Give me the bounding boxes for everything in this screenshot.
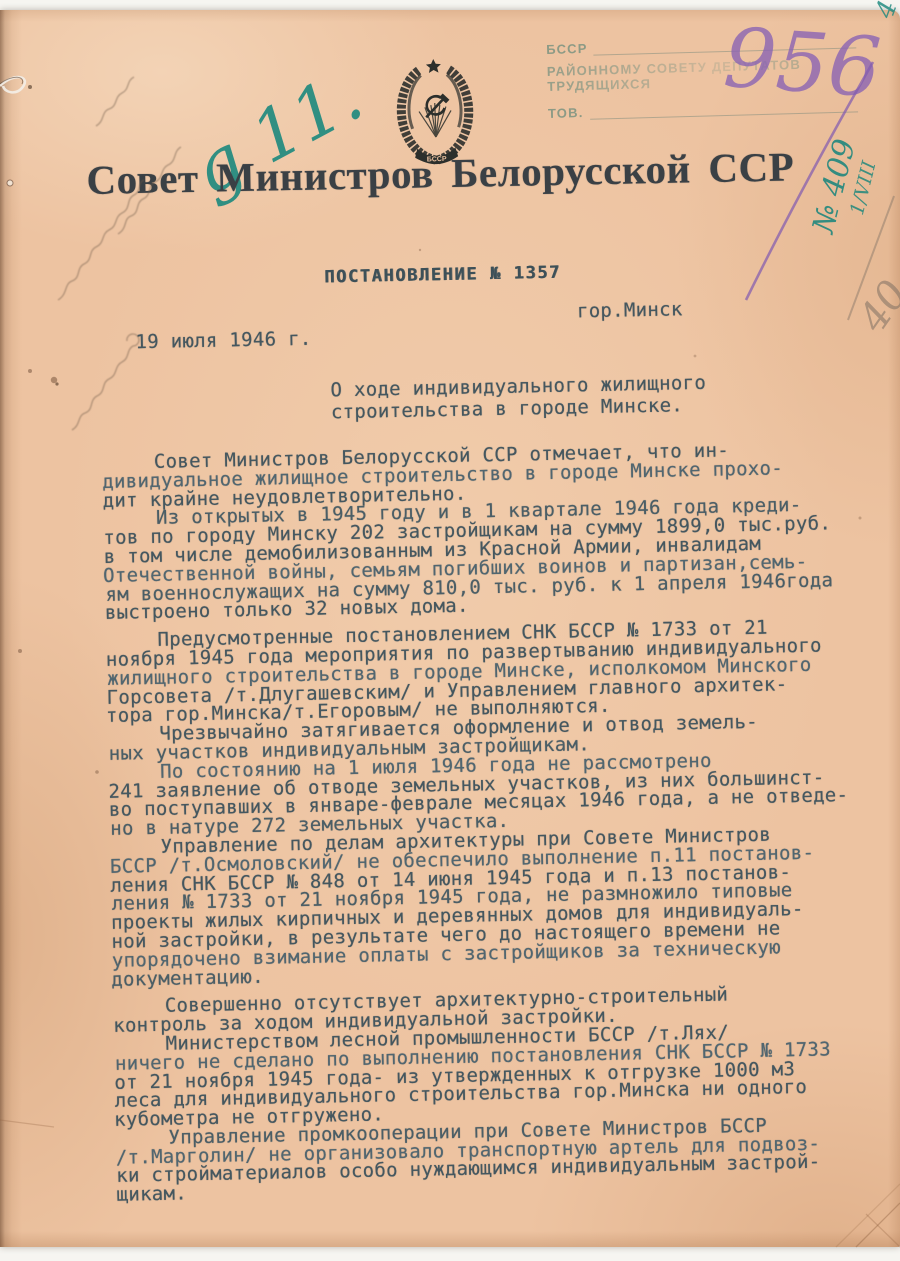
doc-date: 19 июля 1946 г. [135, 328, 311, 354]
doc-subject: О ходе индивидуального жилищногостроител… [330, 372, 706, 424]
scanned-document-page: БССР БССР РАЙОННОМУ СОВЕТУ ДЕПУТАТОВ ТРУ… [0, 0, 900, 1261]
doc-place: гор.Минск [577, 298, 683, 322]
doc-body: Совет Министров Белорусской ССР отмечает… [102, 439, 877, 1205]
emblem-star-icon [426, 59, 441, 73]
stamp-bssr-label: БССР [546, 41, 588, 57]
handwritten-crossed-number: 956 [721, 11, 884, 117]
stamp-tov-label: ТОВ. [548, 105, 584, 121]
